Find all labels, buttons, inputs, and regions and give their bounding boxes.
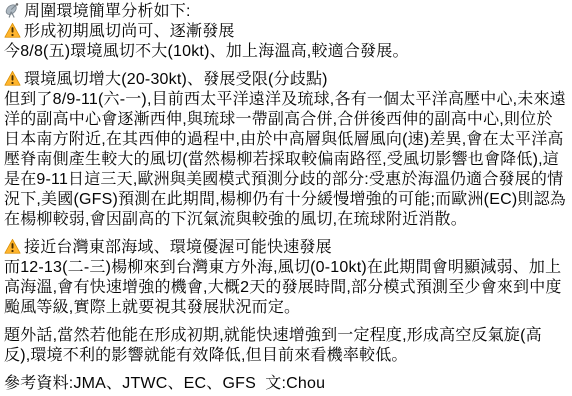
warning-icon (4, 70, 21, 87)
section-body: 今8/8(五)環境風切不大(10kt)、加上海溫高,較適合發展。 (4, 42, 568, 62)
section-body: 而12-13(二-三)楊柳來到台灣東方外海,風切(0-10kt)在此期間會明顯減… (4, 258, 568, 318)
post-title-line: 周圍環境簡單分析如下: (4, 2, 568, 22)
section-heading-line: 接近台灣東部海域、環境優渥可能快速發展 (4, 238, 568, 258)
warning-icon (4, 238, 21, 255)
section-block-rapid-development: 接近台灣東部海域、環境優渥可能快速發展 而12-13(二-三)楊柳來到台灣東方外… (4, 238, 568, 318)
section-body: 但到了8/9-11(六-一),目前西太平洋遠洋及琉球,各有一個太平洋高壓中心,未… (4, 90, 568, 230)
aside-block: 題外話,當然若他能在形成初期,就能快速增強到一定程度,形成高空反氣旋(高反),環… (4, 326, 568, 366)
section-heading: 接近台灣東部海域、環境優渥可能快速發展 (24, 239, 332, 256)
section-heading-line: 環境風切增大(20-30kt)、發展受限(分歧點) (4, 70, 568, 90)
satellite-antenna-icon (4, 2, 21, 19)
weather-analysis-post: 周圍環境簡單分析如下: 形成初期風切尚可、逐漸發展 今8/8(五)環境風切不大(… (0, 0, 572, 394)
warning-icon (4, 22, 21, 39)
footer-block: 參考資料:JMA、JTWC、EC、GFS 文:Chou (4, 374, 568, 394)
section-block-wind-shear: 環境風切增大(20-30kt)、發展受限(分歧點) 但到了8/9-11(六-一)… (4, 70, 568, 230)
section-heading: 環境風切增大(20-30kt)、發展受限(分歧點) (24, 71, 328, 88)
section-heading-line: 形成初期風切尚可、逐漸發展 (4, 22, 568, 42)
post-title: 周圍環境簡單分析如下: (24, 3, 191, 20)
aside-paragraph: 題外話,當然若他能在形成初期,就能快速增強到一定程度,形成高空反氣旋(高反),環… (4, 326, 568, 366)
intro-block: 周圍環境簡單分析如下: 形成初期風切尚可、逐漸發展 今8/8(五)環境風切不大(… (4, 2, 568, 62)
section-heading: 形成初期風切尚可、逐漸發展 (24, 23, 235, 40)
reference-footer: 參考資料:JMA、JTWC、EC、GFS 文:Chou (4, 374, 568, 394)
